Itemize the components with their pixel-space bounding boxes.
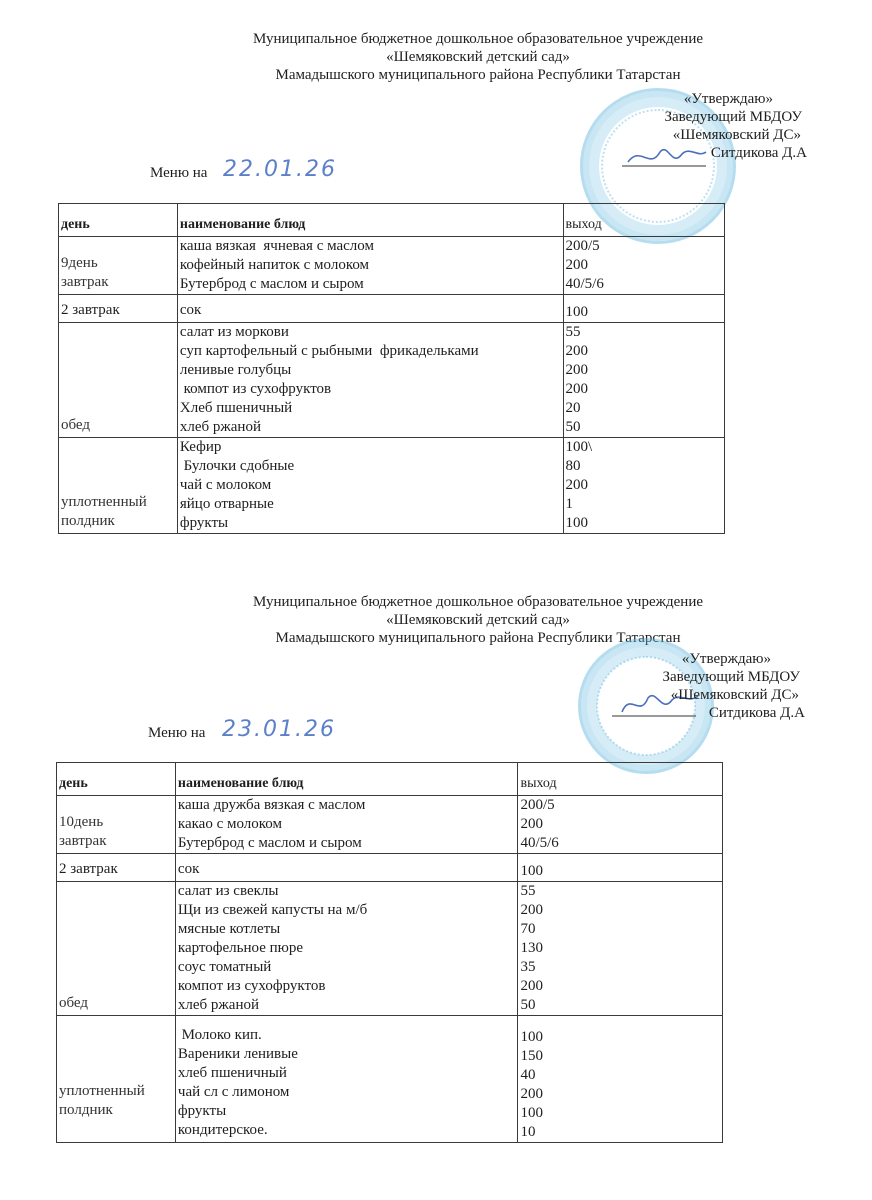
column-header-day: день [57,763,176,796]
output-cell: 100 [518,854,723,882]
meal-cell: обед [57,882,176,1016]
menu-label: Меню на [148,725,205,742]
approval-org: «Шемяковский ДС» [671,686,799,704]
output-cell: 55 200 70 130 35 200 50 [518,882,723,1016]
output-cell: 200/5 200 40/5/6 [563,237,724,295]
menu-label: Меню на [150,165,207,182]
signature-icon [620,140,710,180]
menu-date: 23.01.26 [222,717,336,742]
approval-signer: Ситдикова Д.А [711,144,807,162]
menu-table: день наименование блюд выход 10день завт… [56,762,723,1143]
institution-name: Муниципальное бюджетное дошкольное образ… [42,30,872,48]
menu-date: 22.01.26 [223,157,337,182]
meal-cell: уплотненный полдник [57,1016,176,1143]
table-row: уплотненный полдник Молоко кип. Вареники… [57,1016,723,1143]
approval-title: «Утверждаю» [682,650,771,668]
table-row: 9день завтрак каша вязкая ячневая с масл… [59,237,725,295]
dish-cell: Кефир Булочки сдобные чай с молоком яйцо… [177,438,563,534]
dish-cell: салат из свеклы Щи из свежей капусты на … [175,882,518,1016]
dish-cell: Молоко кип. Вареники ленивые хлеб пшенич… [175,1016,518,1143]
table-row: уплотненный полдник Кефир Булочки сдобны… [59,438,725,534]
approval-position: Заведующий МБДОУ [662,668,800,686]
district-name: Мамадышского муниципального района Респу… [42,66,872,84]
meal-cell: уплотненный полдник [59,438,178,534]
kindergarten-name: «Шемяковский детский сад» [42,48,872,66]
meal-cell: 2 завтрак [57,854,176,882]
output-cell: 100 [563,295,724,323]
column-header-dish: наименование блюд [175,763,518,796]
output-cell: 100\ 80 200 1 100 [563,438,724,534]
menu-table: день наименование блюд выход 9день завтр… [58,203,725,534]
table-row: 2 завтрак сок 100 [57,854,723,882]
column-header-dish: наименование блюд [177,204,563,237]
table-header-row: день наименование блюд выход [59,204,725,237]
output-cell: 55 200 200 200 20 50 [563,323,724,438]
meal-cell: 10день завтрак [57,796,176,854]
column-header-day: день [59,204,178,237]
output-cell: 200/5 200 40/5/6 [518,796,723,854]
table-row: 2 завтрак сок 100 [59,295,725,323]
table-header-row: день наименование блюд выход [57,763,723,796]
approval-title: «Утверждаю» [684,90,773,108]
table-row: 10день завтрак каша дружба вязкая с масл… [57,796,723,854]
column-header-output: выход [563,204,724,237]
approval-position: Заведующий МБДОУ [664,108,802,126]
approval-org: «Шемяковский ДС» [673,126,801,144]
district-name: Мамадышского муниципального района Респу… [42,629,872,647]
dish-cell: каша дружба вязкая с маслом какао с моло… [175,796,518,854]
meal-cell: 9день завтрак [59,237,178,295]
table-row: обед салат из свеклы Щи из свежей капуст… [57,882,723,1016]
column-header-output: выход [518,763,723,796]
table-row: обед салат из моркови суп картофельный с… [59,323,725,438]
dish-cell: сок [175,854,518,882]
kindergarten-name: «Шемяковский детский сад» [42,611,872,629]
dish-cell: сок [177,295,563,323]
institution-name: Муниципальное бюджетное дошкольное образ… [42,593,872,611]
approval-signer: Ситдикова Д.А [709,704,805,722]
dish-cell: салат из моркови суп картофельный с рыбн… [177,323,563,438]
dish-cell: каша вязкая ячневая с маслом кофейный на… [177,237,563,295]
meal-cell: обед [59,323,178,438]
meal-cell: 2 завтрак [59,295,178,323]
output-cell: 100 150 40 200 100 10 [518,1016,723,1143]
